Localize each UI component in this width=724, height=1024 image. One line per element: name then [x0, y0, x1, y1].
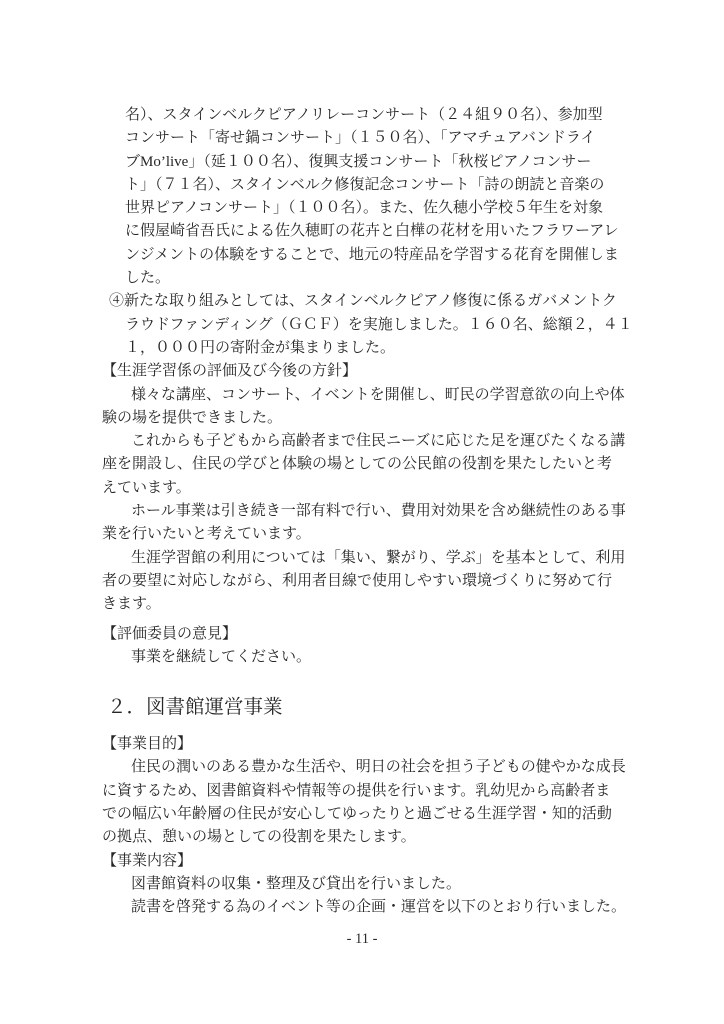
text-line: ラウドファンディング（ＧＣＦ）を実施しました。１６０名、総額２，４１ [102, 314, 662, 337]
page-body: 名）、スタインベルクピアノリレーコンサート（２４組９０名）、参加型 コンサート「… [102, 104, 662, 920]
text-line: 座を開設し、住民の学びと体験の場としての公民館の役割を果たしたいと考 [102, 453, 662, 476]
text-line: 住民の潤いのある豊かな生活や、明日の社会を担う子どもの健やかな成長 [102, 756, 662, 779]
text-line: の拠点、憩いの場としての役割を果たします。 [102, 826, 662, 849]
text-line: これからも子どもから高齢者まで住民ニーズに応じた足を運びたくなる講 [102, 430, 662, 453]
list-item-4-line: ④新たな取り組みとしては、スタインベルクピアノ修復に係るガバメントク [102, 290, 662, 313]
text-line: コンサート「寄せ鍋コンサート」（１５０名）、「アマチュアバンドライ [102, 127, 662, 150]
text-line: 世界ピアノコンサート」（１００名）。また、佐久穂小学校５年生を対象 [102, 197, 662, 220]
bracket-heading-purpose: 【事業目的】 [102, 733, 662, 756]
bracket-heading-evaluation: 【生涯学習係の評価及び今後の方針】 [102, 360, 662, 383]
text-line: に資するため、図書館資料や情報等の提供を行います。乳幼児から高齢者ま [102, 780, 662, 803]
text-line: ト」（７１名）、スタインベルク修復記念コンサート「詩の朗読と音楽の [102, 174, 662, 197]
text-line: １，０００円の寄附金が集まりました。 [102, 337, 662, 360]
text-line: に假屋崎省吾氏による佐久穂町の花卉と白樺の花材を用いたフラワーアレ [102, 220, 662, 243]
text-line: 者の要望に対応しながら、利用者目線で使用しやすい環境づくりに努めて行 [102, 570, 662, 593]
bracket-heading-activities: 【事業内容】 [102, 850, 662, 873]
text-line: した。 [102, 267, 662, 290]
text-line: での幅広い年齢層の住民が安心してゆったりと過ごせる生涯学習・知的活動 [102, 803, 662, 826]
text-line: ンジメントの体験をすることで、地元の特産品を学習する花育を開催しま [102, 244, 662, 267]
text-line: 読書を啓発する為のイベント等の企画・運営を以下のとおり行いました。 [102, 896, 662, 919]
text-line: 図書館資料の収集・整理及び貸出を行いました。 [102, 873, 662, 896]
text-line: えています。 [102, 477, 662, 500]
section-heading-library: ２．図書館運営事業 [102, 694, 662, 721]
bracket-heading-opinion: 【評価委員の意見】 [102, 623, 662, 646]
text-line: 生涯学習館の利用については「集い、繋がり、学ぶ」を基本として、利用 [102, 547, 662, 570]
text-line: ホール事業は引き続き一部有料で行い、費用対効果を含め継続性のある事 [102, 500, 662, 523]
text-line: 様々な講座、コンサート、イベントを開催し、町民の学習意欲の向上や体 [102, 384, 662, 407]
text-line: 業を行いたいと考えています。 [102, 523, 662, 546]
page-number: - 11 - [0, 929, 724, 949]
text-line: きます。 [102, 593, 662, 616]
text-line: ブMo’live」（延１００名）、復興支援コンサート「秋桜ピアノコンサー [102, 151, 662, 174]
document-page: 名）、スタインベルクピアノリレーコンサート（２４組９０名）、参加型 コンサート「… [0, 0, 724, 1024]
text-line: 事業を継続してください。 [102, 646, 662, 669]
text-line: 名）、スタインベルクピアノリレーコンサート（２４組９０名）、参加型 [102, 104, 662, 127]
text-line: 験の場を提供できました。 [102, 407, 662, 430]
